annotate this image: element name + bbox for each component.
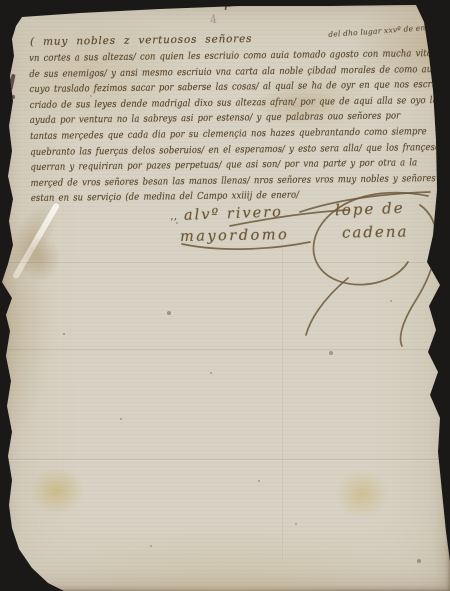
scan-background: + 4 ( muy nobles z vertuosos señores del… — [0, 0, 450, 591]
stain-bottom-left — [30, 468, 84, 514]
foxing-speckles — [0, 0, 2, 2]
signature-alvaro-rivero-line2: mayordomo — [180, 227, 290, 245]
fold-crease-vertical — [282, 240, 284, 560]
signature-alvaro-rivero-line1: alvº rivero — [184, 204, 283, 223]
tear-mark — [12, 202, 60, 279]
docket-note: del dho lugar xxvº de enero — [328, 22, 439, 39]
fold-crease-upper — [0, 262, 450, 263]
cross-mark: + — [213, 0, 239, 15]
letter-body: vn cortes a sus altezas/ con quien les e… — [29, 45, 450, 207]
salutation-line: ( muy nobles z vertuosos señores — [30, 33, 252, 48]
manuscript-paper: + 4 ( muy nobles z vertuosos señores del… — [0, 0, 450, 591]
signature-lope-de-cadena-line2: cadena — [342, 222, 409, 241]
signature-quote-marks: ’’ — [170, 216, 177, 229]
fold-crease-middle — [0, 349, 450, 350]
ink-dot-left-margin — [12, 95, 15, 99]
fold-crease-lower — [0, 459, 450, 461]
folio-number: 4 — [208, 12, 219, 27]
stain-bottom-right — [336, 470, 388, 518]
signature-lope-de-cadena-line1: lope de — [335, 199, 405, 219]
ink-blot-left-margin — [8, 74, 15, 90]
